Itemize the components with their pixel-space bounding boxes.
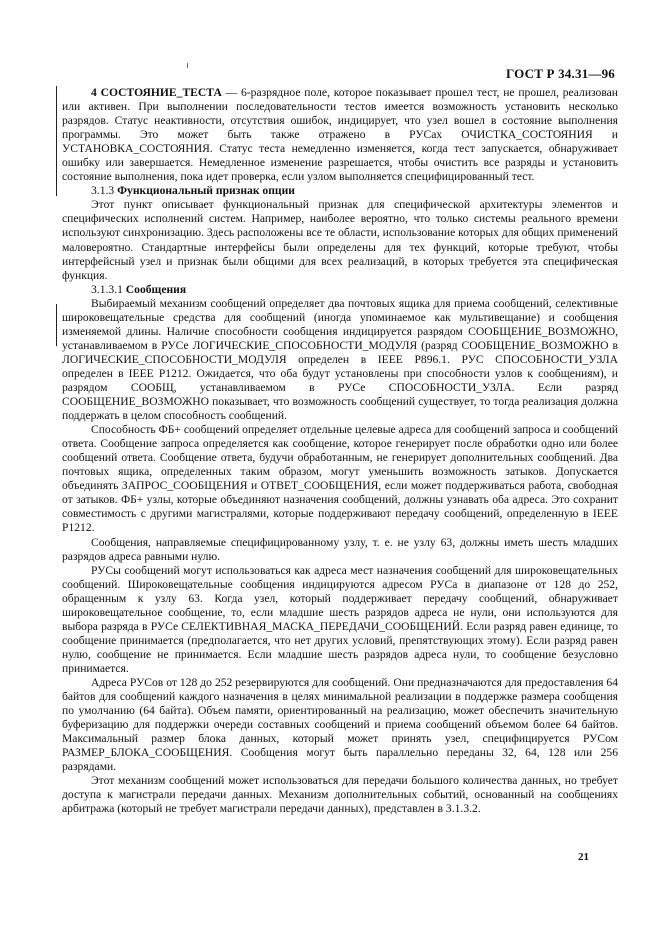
paragraph-fb-messages: Способность ФБ+ сообщений определяет отд…: [62, 423, 618, 535]
section-heading-3-1-3: 3.1.3 Функциональный признак опции: [62, 184, 618, 198]
term-test-state: 4 СОСТОЯНИЕ_ТЕСТА: [91, 86, 222, 99]
paragraph-text: — 6-разрядное поле, которое показывает п…: [62, 86, 618, 183]
paragraph-message-mechanism: Выбираемый механизм сообщений определяет…: [62, 297, 618, 423]
paragraph-test-state: 4 СОСТОЯНИЕ_ТЕСТА — 6-разрядное поле, ко…: [62, 86, 618, 184]
paragraph-data-transfer: Этот механизм сообщений может использова…: [62, 774, 618, 816]
scan-speck: [187, 63, 188, 68]
paragraph-functional-feature: Этот пункт описывает функциональный приз…: [62, 198, 618, 282]
section-number: 3.1.3: [91, 184, 117, 197]
change-bar-1: [56, 86, 57, 196]
paragraph-node-addressing: Сообщения, направляемые специфицированно…: [62, 536, 618, 564]
section-heading-3-1-3-1: 3.1.3.1 Сообщения: [62, 283, 618, 297]
page-header-standard: ГОСТ Р 34.31—96: [506, 66, 615, 82]
change-bar-2: [56, 304, 57, 346]
section-number: 3.1.3.1: [91, 283, 126, 296]
paragraph-broadcast: РУСы сообщений могут использоваться как …: [62, 564, 618, 676]
document-body: 4 СОСТОЯНИЕ_ТЕСТА — 6-разрядное поле, ко…: [62, 86, 618, 816]
page-number: 21: [578, 851, 589, 863]
section-title: Функциональный признак опции: [117, 184, 295, 197]
paragraph-register-addresses: Адреса РУСов от 128 до 252 резервируются…: [62, 676, 618, 774]
section-title: Сообщения: [126, 283, 186, 296]
